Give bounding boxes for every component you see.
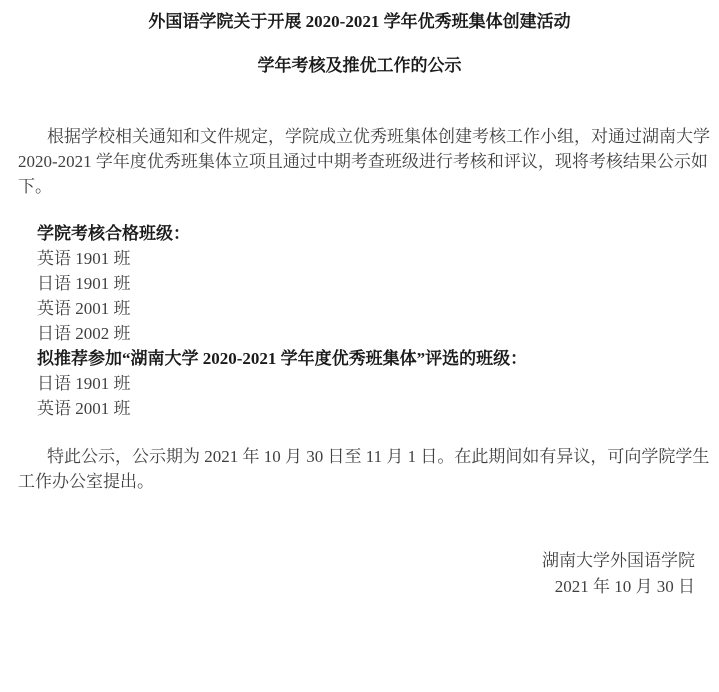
recommended-classes-header: 拟推荐参加“湖南大学 2020-2021 学年度优秀班集体”评选的班级： <box>37 346 710 371</box>
closing-paragraph: 特此公示，公示期为 2021 年 10 月 30 日至 11 月 1 日。在此期… <box>18 444 710 494</box>
notice-title-line1: 外国语学院关于开展 2020-2021 学年优秀班集体创建活动 <box>0 11 719 32</box>
qualified-class-item: 日语 2002 班 <box>37 321 710 346</box>
signature-org: 湖南大学外国语学院 <box>542 548 695 574</box>
notice-title-line2: 学年考核及推优工作的公示 <box>0 55 719 76</box>
recommended-class-item: 英语 2001 班 <box>37 396 710 421</box>
intro-paragraph: 根据学校相关通知和文件规定，学院成立优秀班集体创建考核工作小组，对通过湖南大学 … <box>18 124 710 199</box>
qualified-class-item: 日语 1901 班 <box>37 271 710 296</box>
signature-block: 湖南大学外国语学院 2021 年 10 月 30 日 <box>542 548 695 600</box>
notice-document: 外国语学院关于开展 2020-2021 学年优秀班集体创建活动 学年考核及推优工… <box>0 0 719 692</box>
signature-date: 2021 年 10 月 30 日 <box>542 574 695 600</box>
assessment-results-list: 学院考核合格班级： 英语 1901 班 日语 1901 班 英语 2001 班 … <box>37 221 710 421</box>
qualified-class-item: 英语 1901 班 <box>37 246 710 271</box>
qualified-classes-header: 学院考核合格班级： <box>37 221 710 246</box>
qualified-class-item: 英语 2001 班 <box>37 296 710 321</box>
recommended-class-item: 日语 1901 班 <box>37 371 710 396</box>
